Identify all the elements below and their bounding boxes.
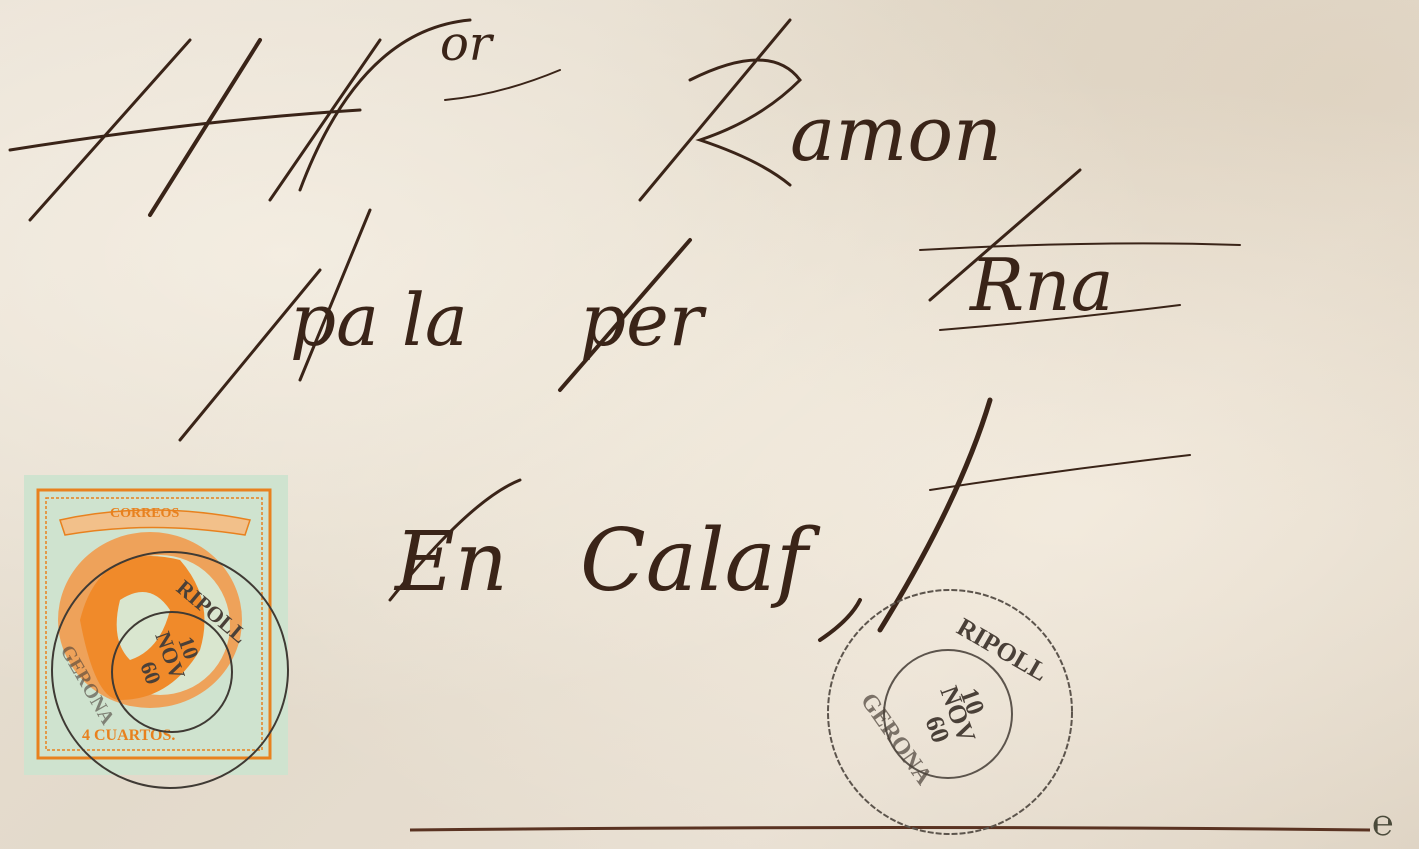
- stamp-value-label: 4 CUARTOS.: [82, 727, 175, 744]
- postal-cover: or amon pa la per Rna En Calaf: [0, 0, 1419, 849]
- postage-stamp: CORREOS 4 CUARTOS. RIPOLL 10 NOV 60 GERO…: [0, 0, 1419, 849]
- stamp-top-label: CORREOS: [110, 506, 179, 521]
